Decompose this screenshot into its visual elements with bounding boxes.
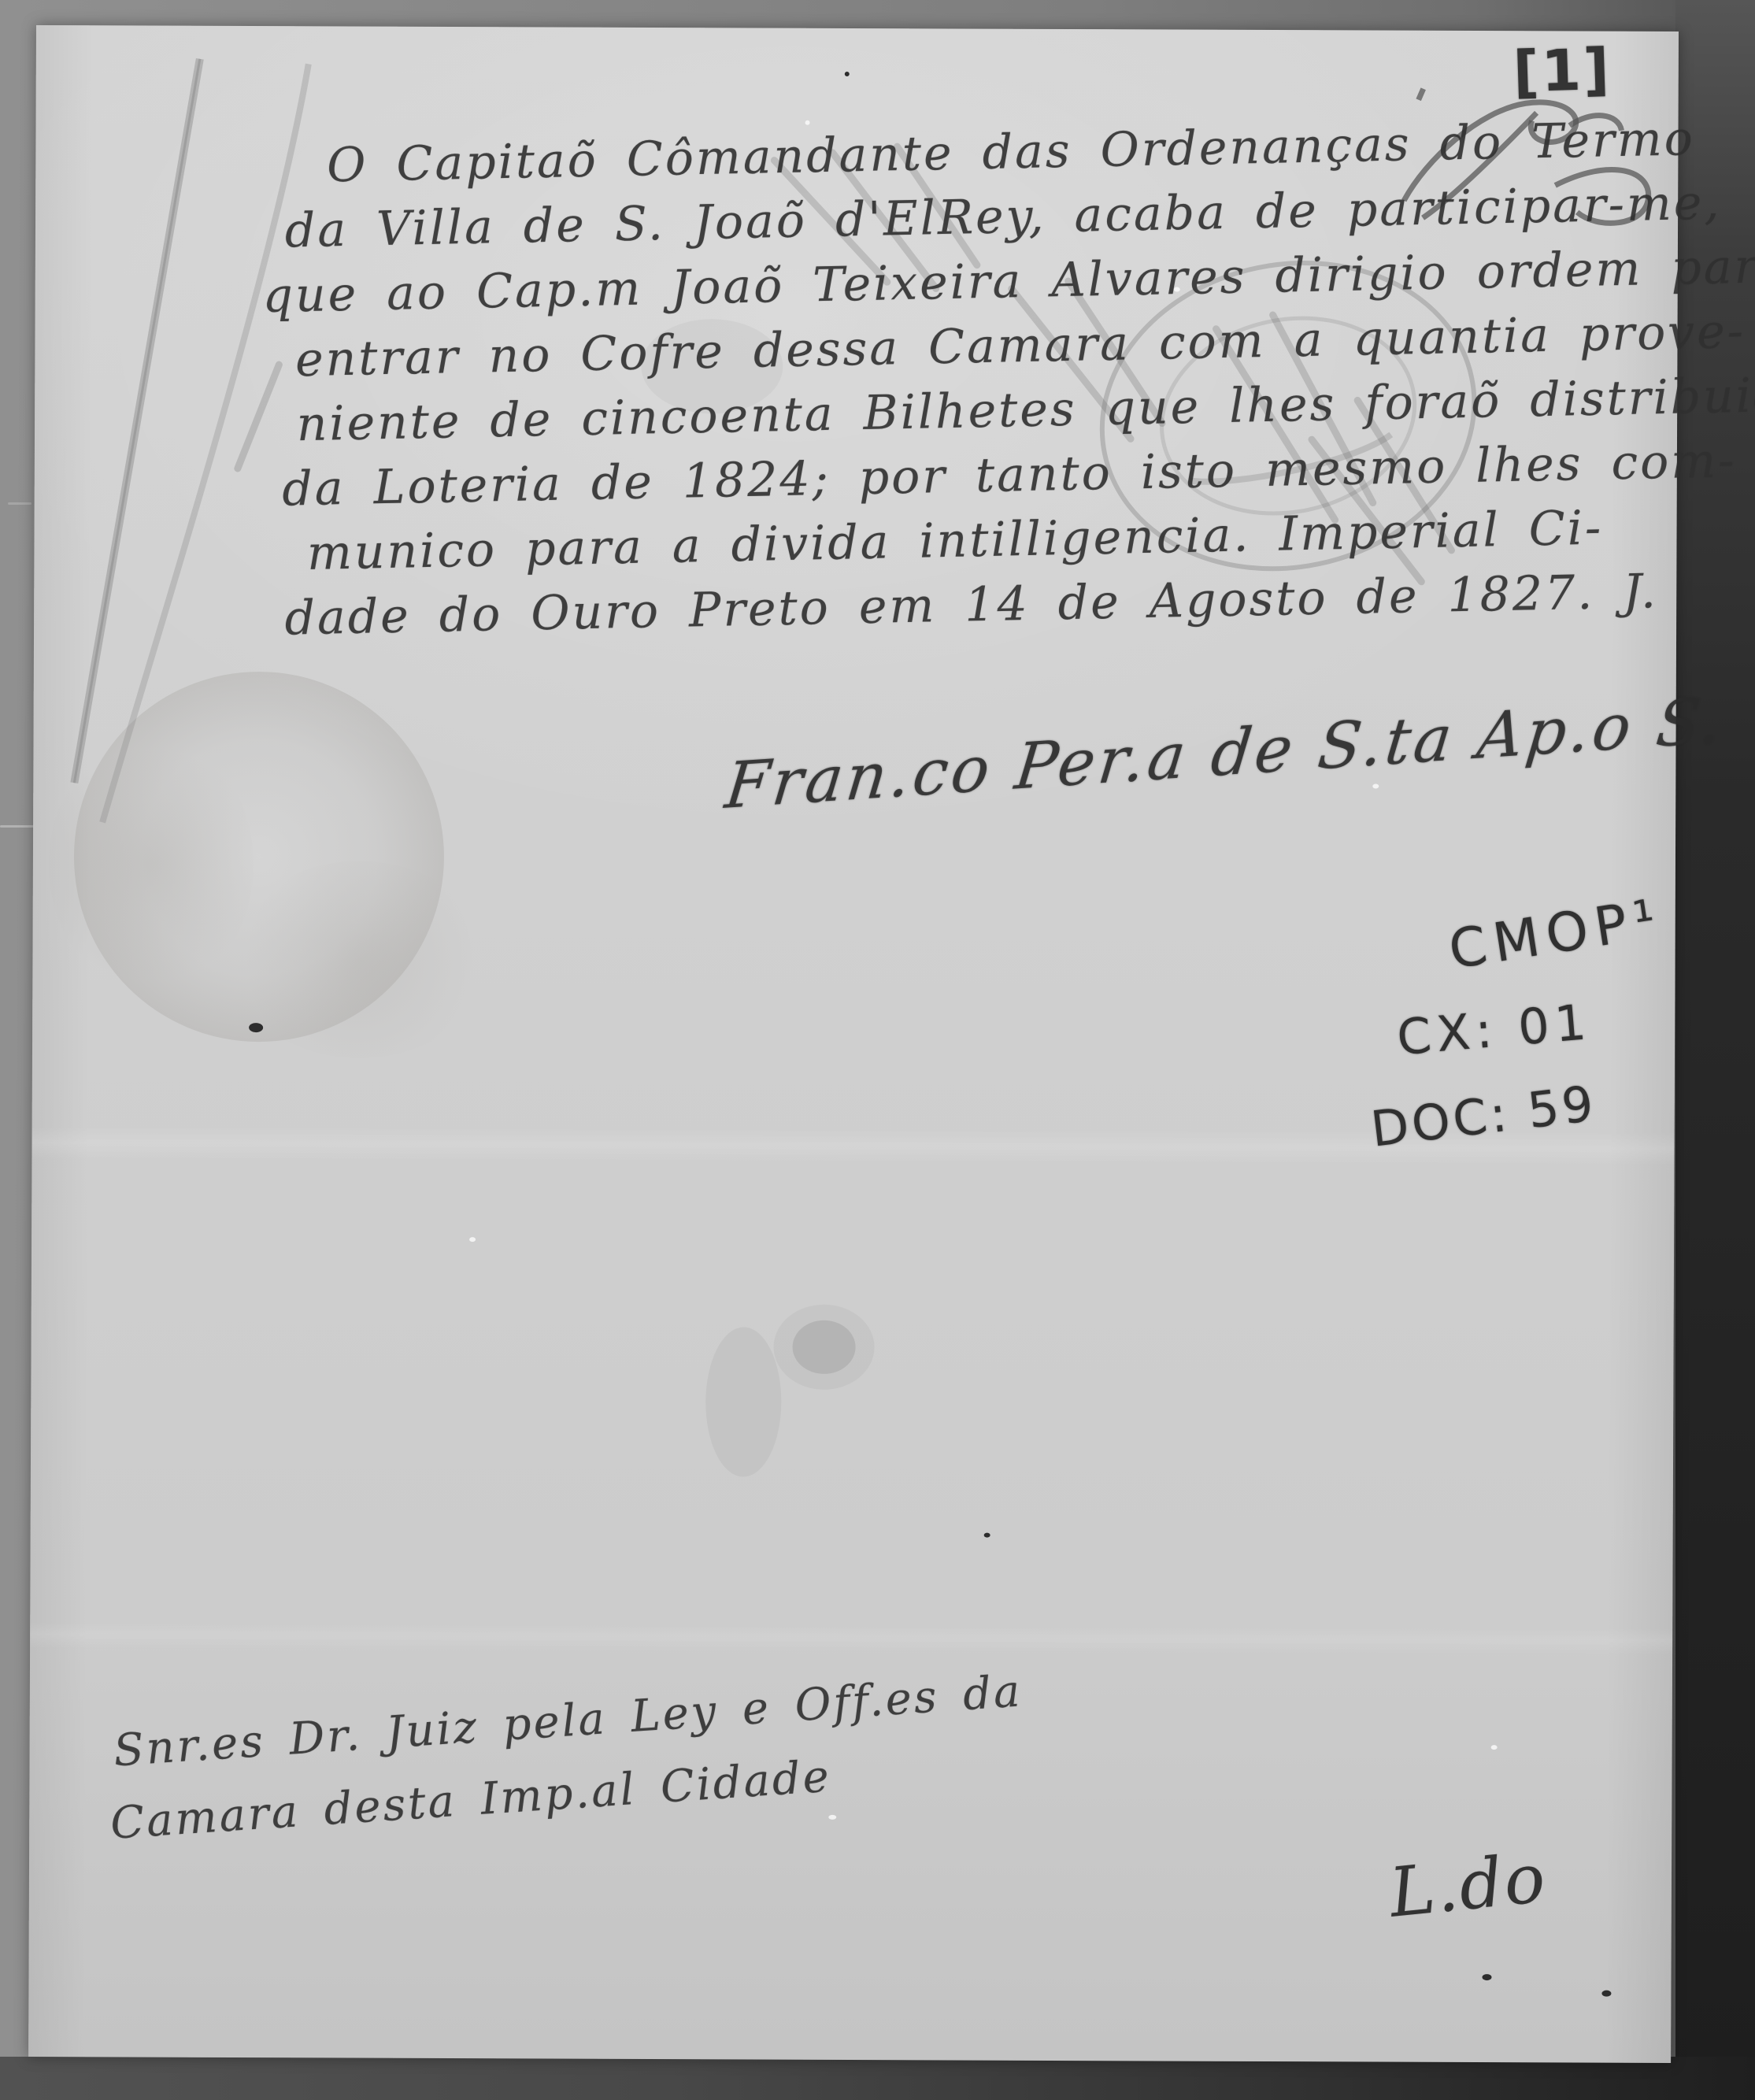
letter-body: O Capitaõ Cômandante das Ordenanças do T… — [259, 103, 1755, 651]
mat-scratch-mark — [0, 825, 35, 828]
page-number: [1] — [1512, 36, 1612, 106]
manuscript-page: [1] O Capitaõ Cômandante das Ordenanças … — [28, 25, 1679, 2063]
scanned-photo: { "document": { "page_marker": "[1]", "b… — [0, 0, 1755, 2100]
registry-mark: L.do — [1386, 1839, 1550, 1933]
mat-scratch-mark — [8, 502, 31, 505]
background-mat-bottom — [0, 2057, 1755, 2100]
